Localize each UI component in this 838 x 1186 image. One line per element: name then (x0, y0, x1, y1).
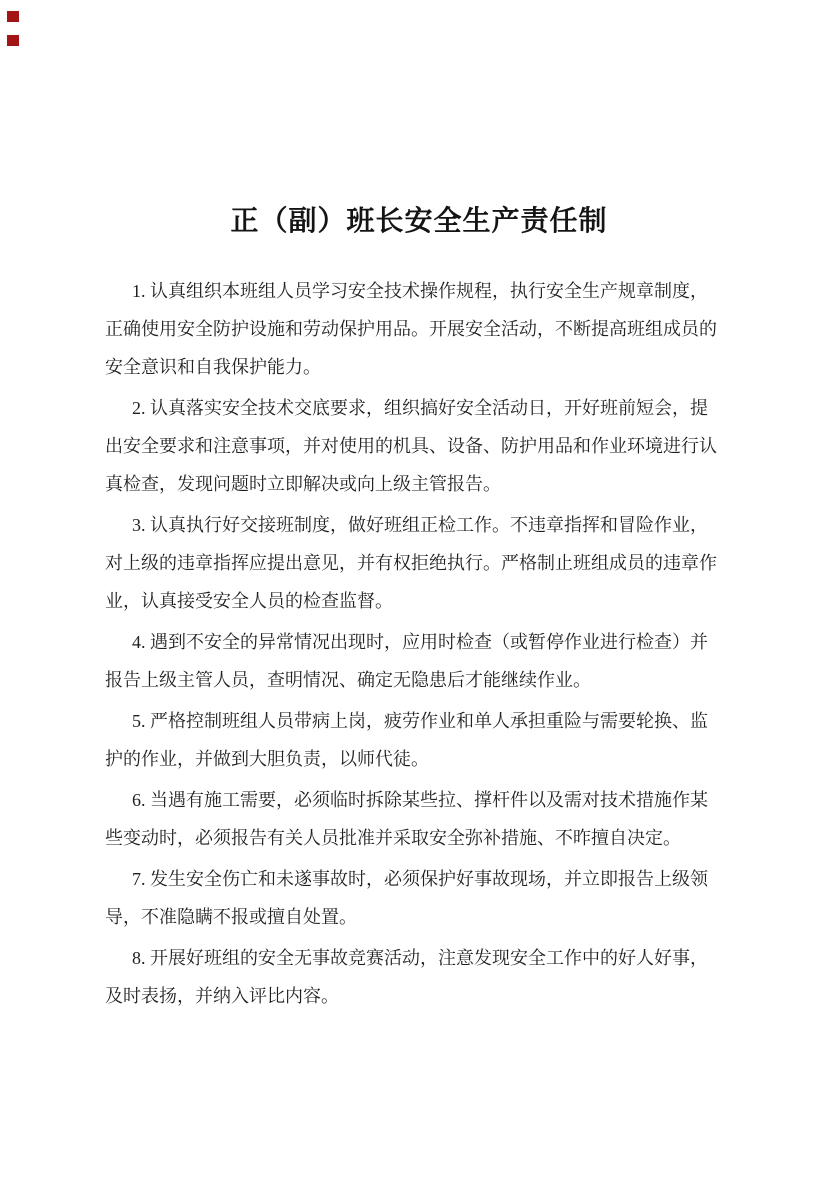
text-line: 对上级的违章指挥应提出意见，并有权拒绝执行。严格制止班组成员的违章作 (105, 544, 725, 582)
text-line: 安全意识和自我保护能力。 (105, 348, 725, 386)
text-line: 8. 开展好班组的安全无事故竞赛活动，注意发现安全工作中的好人好事， (105, 939, 725, 977)
text-line: 2. 认真落实安全技术交底要求，组织搞好安全活动日，开好班前短会，提 (105, 389, 725, 427)
text-line: 及时表扬，并纳入评比内容。 (105, 977, 725, 1015)
paragraph: 6. 当遇有施工需要，必须临时拆除某些拉、撑杆件以及需对技术措施作某些变动时，必… (105, 781, 725, 857)
paragraph: 1. 认真组织本班组人员学习安全技术操作规程，执行安全生产规章制度，正确使用安全… (105, 272, 725, 386)
document-page: 正（副）班长安全生产责任制 1. 认真组织本班组人员学习安全技术操作规程，执行安… (0, 0, 838, 1186)
text-line: 6. 当遇有施工需要，必须临时拆除某些拉、撑杆件以及需对技术措施作某 (105, 781, 725, 819)
paragraph: 2. 认真落实安全技术交底要求，组织搞好安全活动日，开好班前短会，提出安全要求和… (105, 389, 725, 503)
paragraph: 4. 遇到不安全的异常情况出现时，应用时检查（或暂停作业进行检查）并报告上级主管… (105, 623, 725, 699)
document-title: 正（副）班长安全生产责任制 (0, 202, 838, 242)
text-line: 1. 认真组织本班组人员学习安全技术操作规程，执行安全生产规章制度， (105, 272, 725, 310)
text-line: 些变动时，必须报告有关人员批准并采取安全弥补措施、不昨擅自决定。 (105, 819, 725, 857)
red-marker-2 (7, 35, 19, 46)
text-line: 真检查，发现问题时立即解决或向上级主管报告。 (105, 465, 725, 503)
paragraph: 7. 发生安全伤亡和未遂事故时，必须保护好事故现场，并立即报告上级领导，不准隐瞒… (105, 860, 725, 936)
paragraph: 5. 严格控制班组人员带病上岗，疲劳作业和单人承担重险与需要轮换、监护的作业，并… (105, 702, 725, 778)
paragraph: 8. 开展好班组的安全无事故竞赛活动，注意发现安全工作中的好人好事，及时表扬，并… (105, 939, 725, 1015)
text-line: 报告上级主管人员，查明情况、确定无隐患后才能继续作业。 (105, 661, 725, 699)
text-line: 护的作业，并做到大胆负责，以师代徒。 (105, 740, 725, 778)
text-line: 出安全要求和注意事项，并对使用的机具、设备、防护用品和作业环境进行认 (105, 427, 725, 465)
text-line: 导，不准隐瞒不报或擅自处置。 (105, 898, 725, 936)
text-line: 4. 遇到不安全的异常情况出现时，应用时检查（或暂停作业进行检查）并 (105, 623, 725, 661)
paragraph: 3. 认真执行好交接班制度，做好班组正检工作。不违章指挥和冒险作业，对上级的违章… (105, 506, 725, 620)
text-line: 业，认真接受安全人员的检查监督。 (105, 582, 725, 620)
red-marker-1 (7, 11, 19, 22)
text-line: 正确使用安全防护设施和劳动保护用品。开展安全活动，不断提高班组成员的 (105, 310, 725, 348)
text-line: 3. 认真执行好交接班制度，做好班组正检工作。不违章指挥和冒险作业， (105, 506, 725, 544)
text-line: 7. 发生安全伤亡和未遂事故时，必须保护好事故现场，并立即报告上级领 (105, 860, 725, 898)
document-body: 1. 认真组织本班组人员学习安全技术操作规程，执行安全生产规章制度，正确使用安全… (105, 272, 725, 1018)
text-line: 5. 严格控制班组人员带病上岗，疲劳作业和单人承担重险与需要轮换、监 (105, 702, 725, 740)
